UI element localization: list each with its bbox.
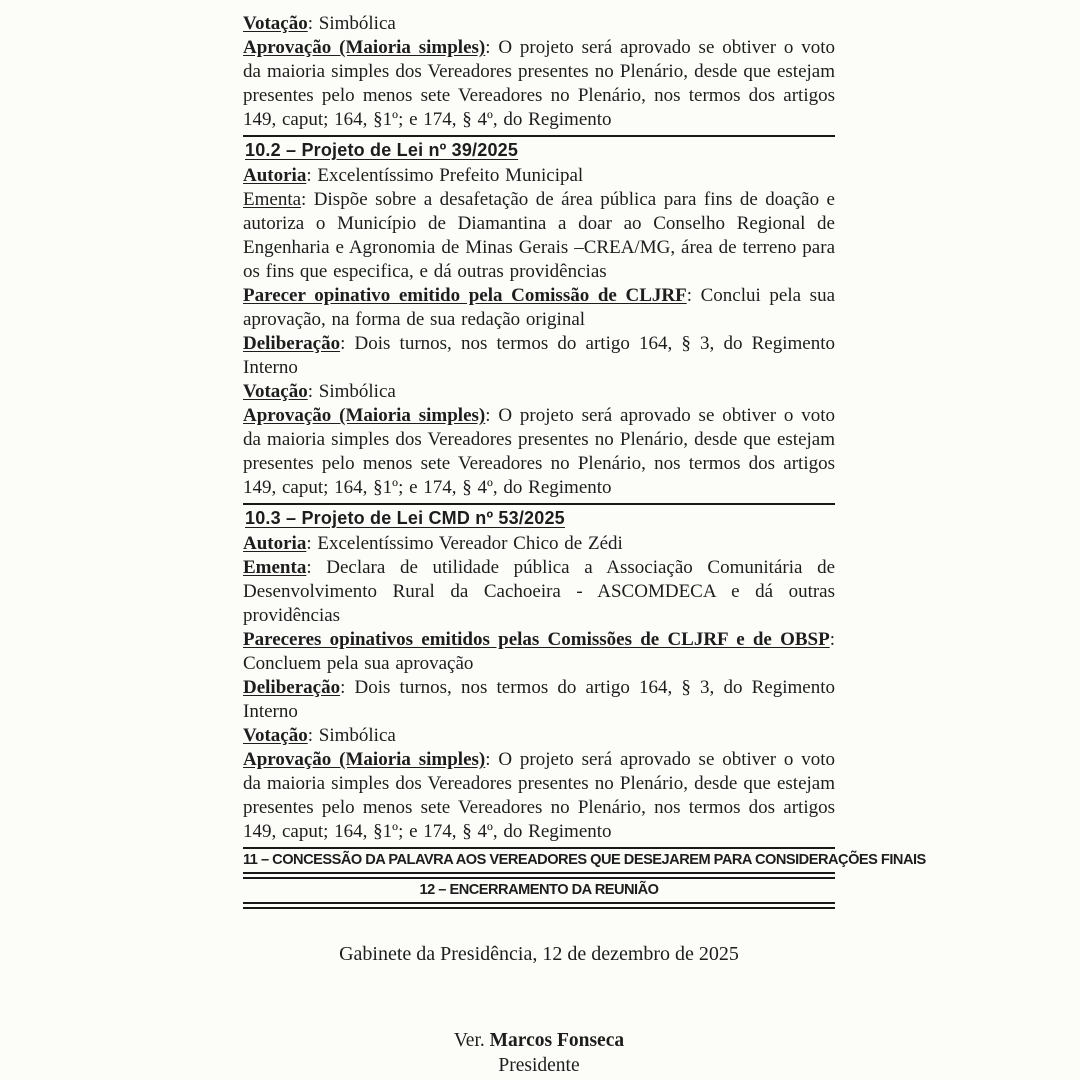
place-date-line: Gabinete da Presidência, 12 de dezembro … bbox=[243, 942, 835, 966]
signer-line: Ver. Marcos Fonseca bbox=[243, 1028, 835, 1053]
agenda-item-11: 11 – CONCESSÃO DA PALAVRA AOS VEREADORES… bbox=[243, 849, 835, 872]
signer-name: Marcos Fonseca bbox=[490, 1030, 624, 1051]
scanned-agenda-page: { "page": { "background": "#fcfcf9", "te… bbox=[0, 0, 1080, 1080]
agenda-field: Deliberação: Dois turnos, nos termos do … bbox=[243, 332, 835, 380]
agenda-field: Aprovação (Maioria simples): O projeto s… bbox=[243, 404, 835, 500]
agenda-field: Aprovação (Maioria simples): O projeto s… bbox=[243, 748, 835, 844]
agenda-field: Deliberação: Dois turnos, nos termos do … bbox=[243, 676, 835, 724]
field-label: Deliberação bbox=[243, 677, 340, 698]
field-label: Parecer opinativo emitido pela Comissão … bbox=[243, 285, 687, 306]
field-label: Autoria bbox=[243, 165, 306, 186]
field-label: Ementa bbox=[243, 557, 306, 578]
field-label: Votação bbox=[243, 13, 308, 34]
field-label: Aprovação (Maioria simples) bbox=[243, 37, 485, 58]
agenda-field: Autoria: Excelentíssimo Vereador Chico d… bbox=[243, 532, 835, 556]
field-label: Aprovação (Maioria simples) bbox=[243, 749, 485, 770]
agenda-field: Ementa: Dispõe sobre a desafetação de ár… bbox=[243, 188, 835, 284]
agenda-field: Ementa: Declara de utilidade pública a A… bbox=[243, 556, 835, 628]
band-divider-double bbox=[243, 872, 835, 879]
signer-prefix: Ver. bbox=[454, 1030, 490, 1051]
agenda-field: Votação: Simbólica bbox=[243, 724, 835, 748]
agenda-list: Votação: SimbólicaAprovação (Maioria sim… bbox=[243, 12, 835, 844]
agenda-field: Parecer opinativo emitido pela Comissão … bbox=[243, 284, 835, 332]
section-heading-label: 10.2 – Projeto de Lei nº 39/2025 bbox=[245, 140, 518, 160]
field-label: Aprovação (Maioria simples) bbox=[243, 405, 485, 426]
field-label: Votação bbox=[243, 381, 308, 402]
section-heading: 10.3 – Projeto de Lei CMD nº 53/2025 bbox=[243, 503, 835, 532]
band-bottom-rule-double bbox=[243, 902, 835, 909]
agenda-field: Votação: Simbólica bbox=[243, 12, 835, 36]
agenda-band: 11 – CONCESSÃO DA PALAVRA AOS VEREADORES… bbox=[243, 847, 835, 909]
agenda-field: Pareceres opinativos emitidos pelas Comi… bbox=[243, 628, 835, 676]
section-heading: 10.2 – Projeto de Lei nº 39/2025 bbox=[243, 135, 835, 164]
agenda-field: Autoria: Excelentíssimo Prefeito Municip… bbox=[243, 164, 835, 188]
field-label: Ementa bbox=[243, 189, 301, 210]
field-label: Pareceres opinativos emitidos pelas Comi… bbox=[243, 629, 830, 650]
agenda-field: Votação: Simbólica bbox=[243, 380, 835, 404]
agenda-field: Aprovação (Maioria simples): O projeto s… bbox=[243, 36, 835, 132]
field-label: Votação bbox=[243, 725, 308, 746]
field-label: Deliberação bbox=[243, 333, 340, 354]
section-heading-label: 10.3 – Projeto de Lei CMD nº 53/2025 bbox=[245, 508, 565, 528]
document-column: Votação: SimbólicaAprovação (Maioria sim… bbox=[243, 12, 835, 1078]
signer-role: Presidente bbox=[243, 1053, 835, 1078]
signature-block: Ver. Marcos Fonseca Presidente bbox=[243, 1028, 835, 1078]
field-label: Autoria bbox=[243, 533, 306, 554]
agenda-item-12: 12 – ENCERRAMENTO DA REUNIÃO bbox=[243, 879, 835, 902]
